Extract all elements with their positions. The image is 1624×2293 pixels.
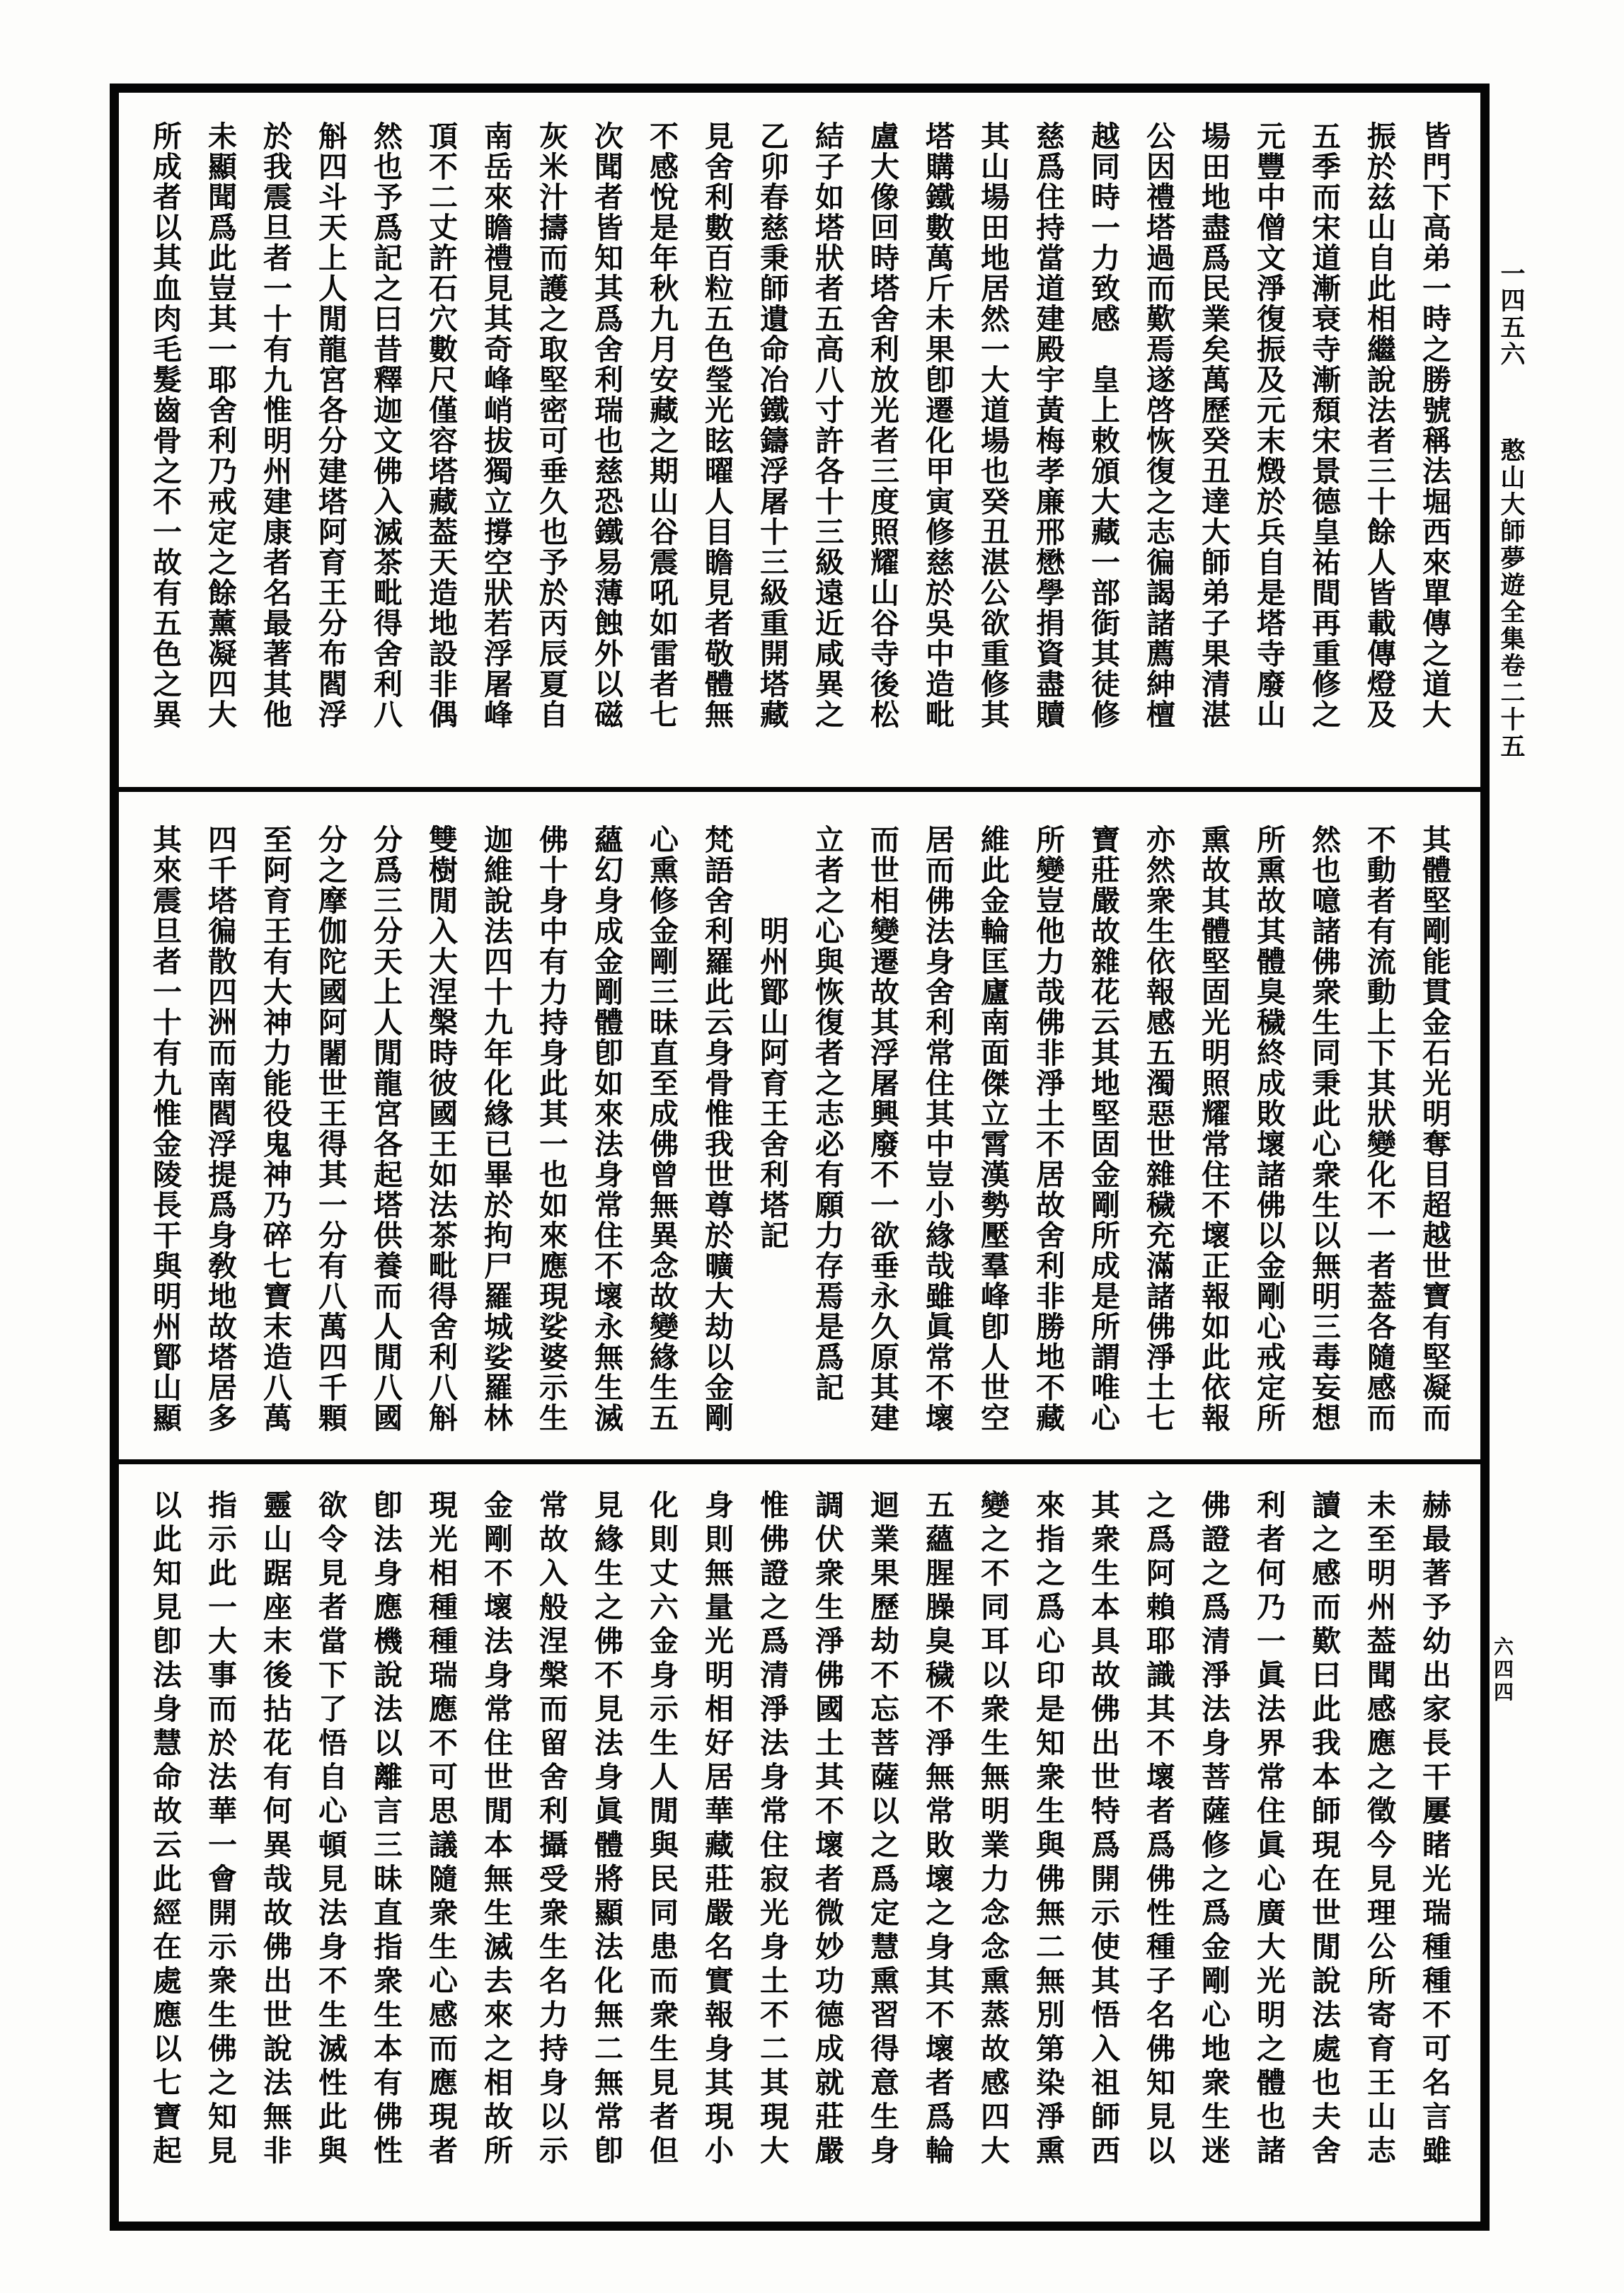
volume-title-label: 憨山大師夢遊全集卷二十五 <box>1497 437 1525 760</box>
edition-page-number-label: 一四五六 <box>1497 260 1525 368</box>
register-separator-line-1 <box>119 787 1480 792</box>
text-block-bottom: 赫最著予幼出家長干屢睹光瑞種種不可名言雖 未至明州葢聞感應之徵今見理公所寄育王山… <box>119 1464 1480 2222</box>
right-margin-strip: 一四五六 憨山大師夢遊全集卷二十五 <box>1495 260 1527 760</box>
text-block-top: 皆門下高弟一時之勝號稱法堀西來單傳之道大 振於兹山自此相繼說法者三十餘人皆載傳燈… <box>119 93 1480 787</box>
block-bottom-columns-text: 赫最著予幼出家長干屢睹光瑞種種不可名言雖 未至明州葢聞感應之徵今見理公所寄育王山… <box>137 1464 1480 2183</box>
folio-number-label: 六四四 <box>1489 1636 1514 1704</box>
block-middle-columns-text: 其體堅剛能貫金石光明奪目超越世寶有堅凝而 不動者有流動上下其狀變化不一者葢各隨感… <box>137 792 1480 1447</box>
text-block-middle: 其體堅剛能貫金石光明奪目超越世寶有堅凝而 不動者有流動上下其狀變化不一者葢各隨感… <box>119 792 1480 1459</box>
text-frame: 皆門下高弟一時之勝號稱法堀西來單傳之道大 振於兹山自此相繼說法者三十餘人皆載傳燈… <box>110 84 1490 2231</box>
block-top-columns-text: 皆門下高弟一時之勝號稱法堀西來單傳之道大 振於兹山自此相繼說法者三十餘人皆載傳燈… <box>137 93 1480 744</box>
register-separator-line-2 <box>119 1459 1480 1464</box>
scanned-book-page: 皆門下高弟一時之勝號稱法堀西來單傳之道大 振於兹山自此相繼說法者三十餘人皆載傳燈… <box>0 0 1624 2293</box>
